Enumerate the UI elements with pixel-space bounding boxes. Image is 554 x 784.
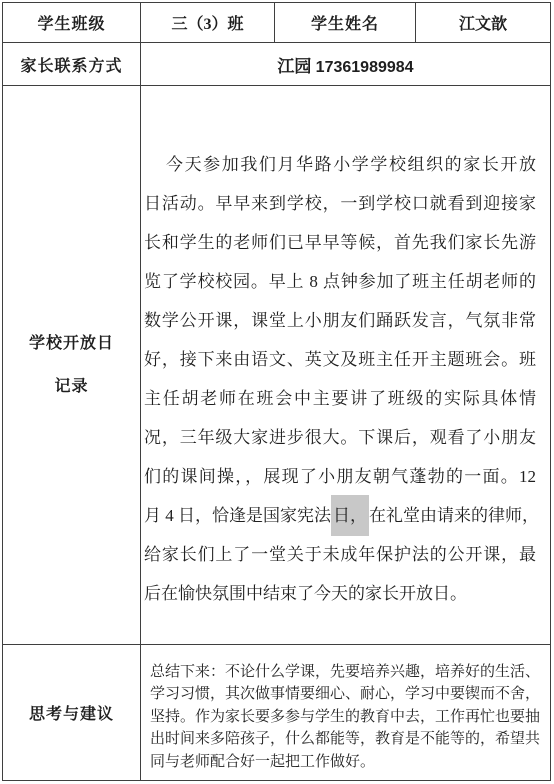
parent-open-day-form: 学生班级 三（3）班 学生姓名 江文歆 家长联系方式 江园 1736198998… [2,2,551,781]
contact-row: 家长联系方式 江园 17361989984 [3,43,551,86]
suggestion-content: 总结下来：不论什么学课，先要培养兴趣，培养好的生活、学习习惯，其次做事情要细心、… [141,645,551,781]
record-row: 学校开放日 记录 今天参加我们月华路小学学校组织的家长开放 日活动。早早来到学校… [3,86,551,645]
student-name-label: 学生姓名 [275,3,416,43]
record-line: 后在愉快氛围中结束了今天的家长开放日。 [144,574,536,613]
suggestion-text: 总结下来：不论什么学课，先要培养兴趣，培养好的生活、学习习惯，其次做事情要细心、… [150,661,540,774]
record-line: 长和学生的老师们已早早等候，首先我们家长先游 [144,223,536,262]
record-line: 日活动。早早来到学校，一到学校口就看到迎接家 [144,184,536,223]
record-line: 给家长们上了一堂关于未成年保护法的公开课，最 [144,535,536,574]
record-label: 学校开放日 记录 [3,86,141,645]
record-label-line1: 学校开放日 [3,322,140,365]
record-label-line2: 记录 [3,365,140,408]
parent-contact-name: 江园 [277,57,311,76]
record-line: 今天参加我们月华路小学学校组织的家长开放 [144,145,536,184]
record-line: 数学公开课，课堂上小朋友们踊跃发言，气氛非常 [144,301,536,340]
record-line-post: 在礼堂由请来的律师， [369,506,539,525]
suggestion-label: 思考与建议 [3,645,141,781]
header-row: 学生班级 三（3）班 学生姓名 江文歆 [3,3,551,43]
record-line-with-highlight: 月 4 日，恰逢是国家宪法日，在礼堂由请来的律师， [144,496,536,535]
record-line: 况，三年级大家进步很大。下课后，观看了小朋友 [144,418,536,457]
student-class-value: 三（3）班 [141,3,275,43]
suggestion-row: 思考与建议 总结下来：不论什么学课，先要培养兴趣，培养好的生活、学习习惯，其次做… [3,645,551,781]
student-name-value: 江文歆 [416,3,551,43]
record-line: 览了学校校园。早上 8 点钟参加了班主任胡老师的 [144,262,536,301]
record-line: 好，接下来由语文、英文及班主任开主题班会。班 [144,340,536,379]
student-class-label: 学生班级 [3,3,141,43]
parent-contact-label: 家长联系方式 [3,43,141,86]
record-line: 们的课间操，，展现了小朋友朝气蓬勃的一面。12 [144,457,536,496]
record-content: 今天参加我们月华路小学学校组织的家长开放 日活动。早早来到学校，一到学校口就看到… [141,86,551,645]
parent-contact-value: 江园 17361989984 [141,43,551,86]
parent-contact-phone: 17361989984 [316,59,414,76]
record-line-pre: 月 4 日，恰逢是国家宪法 [144,506,331,525]
field-shading-highlight: 日， [331,495,369,536]
record-line: 主任胡老师在班会中主要讲了班级的实际具体情 [144,379,536,418]
